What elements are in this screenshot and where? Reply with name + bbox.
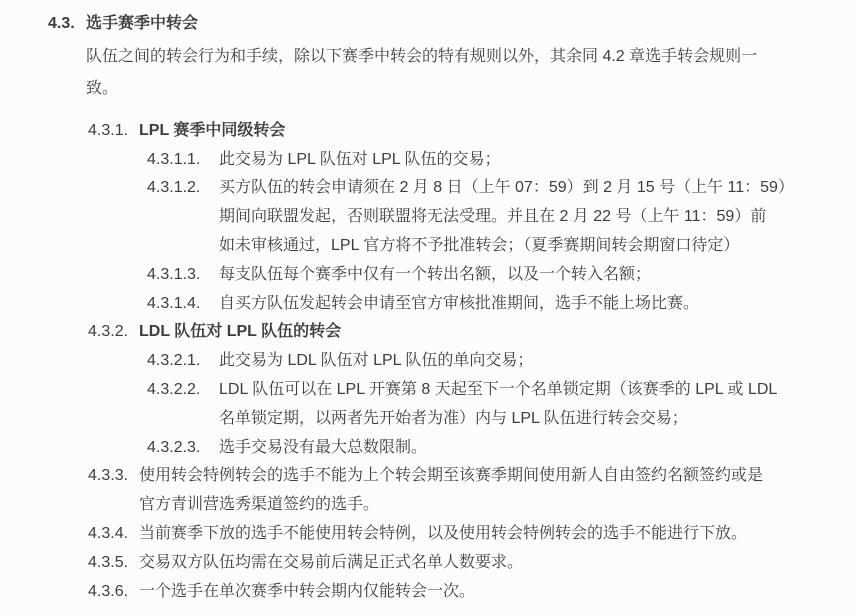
clause-line: 名单锁定期，以两者先开始者为准）内与 LPL 队伍进行转会交易；: [219, 405, 777, 434]
clause-4-3-3: 4.3.3. 使用转会特例转会的选手不能为上个转会期至该赛季期间使用新人自由签约…: [0, 462, 856, 520]
clause-line: 买方队伍的转会申请须在 2 月 8 日（上午 07：59）到 2 月 15 号（…: [219, 174, 794, 203]
clause-line: 自买方队伍发起转会申请至官方审核批准期间，选手不能上场比赛。: [219, 295, 699, 312]
paragraph-line: 致。: [86, 73, 856, 105]
subsection-heading-4-3-2: 4.3.2. LDL 队伍对 LPL 队伍的转会: [0, 318, 856, 347]
clause-number: 4.3.1.4.: [147, 290, 219, 319]
section-title: 选手赛季中转会: [86, 10, 198, 39]
clause-4-3-5: 4.3.5. 交易双方队伍均需在交易前后满足正式名单人数要求。: [0, 549, 856, 578]
clause-line: 如未审核通过，LPL 官方将不予批准转会；（夏季赛期间转会期窗口待定）: [219, 232, 794, 261]
paragraph-line: 队伍之间的转会行为和手续，除以下赛季中转会的特有规则以外，其余同 4.2 章选手…: [86, 41, 856, 73]
clause-number: 4.3.5.: [88, 549, 139, 578]
clause-number: 4.3.1.2.: [147, 174, 219, 260]
clause-line: 此交易为 LDL 队伍对 LPL 队伍的单向交易；: [219, 352, 533, 369]
clause-line: 使用转会特例转会的选手不能为上个转会期至该赛季期间使用新人自由签约名额签约或是: [139, 462, 763, 491]
clause-number: 4.3.2.2.: [147, 376, 219, 434]
clause-number: 4.3.6.: [88, 578, 139, 607]
clause-number: 4.3.3.: [88, 462, 139, 520]
clause-4-3-1-1: 4.3.1.1. 此交易为 LPL 队伍对 LPL 队伍的交易；: [0, 146, 856, 175]
section-heading-4-3: 4.3. 选手赛季中转会: [0, 10, 856, 39]
clause-4-3-2-3: 4.3.2.3. 选手交易没有最大总数限制。: [0, 434, 856, 463]
clause-line: 官方青训营选秀渠道签约的选手。: [139, 491, 763, 520]
clause-4-3-2-2: 4.3.2.2. LDL 队伍可以在 LPL 开赛第 8 天起至下一个名单锁定期…: [0, 376, 856, 434]
clause-line: 每支队伍每个赛季中仅有一个转出名额，以及一个转入名额；: [219, 266, 651, 283]
clause-number: 4.3.1.: [88, 117, 139, 146]
clause-4-3-1-4: 4.3.1.4. 自买方队伍发起转会申请至官方审核批准期间，选手不能上场比赛。: [0, 290, 856, 319]
clause-number: 4.3.2.3.: [147, 434, 219, 463]
clause-line: 此交易为 LPL 队伍对 LPL 队伍的交易；: [219, 151, 501, 168]
clause-line: 选手交易没有最大总数限制。: [219, 439, 427, 456]
clause-number: 4.3.1.1.: [147, 146, 219, 175]
clause-4-3-2-1: 4.3.2.1. 此交易为 LDL 队伍对 LPL 队伍的单向交易；: [0, 347, 856, 376]
clause-line: 交易双方队伍均需在交易前后满足正式名单人数要求。: [139, 554, 523, 571]
clause-number: 4.3.4.: [88, 520, 139, 549]
clause-number: 4.3.: [48, 10, 86, 39]
clause-number: 4.3.1.3.: [147, 261, 219, 290]
clause-4-3-4: 4.3.4. 当前赛季下放的选手不能使用转会特例，以及使用转会特例转会的选手不能…: [0, 520, 856, 549]
clause-4-3-6: 4.3.6. 一个选手在单次赛季中转会期内仅能转会一次。: [0, 578, 856, 607]
clause-number: 4.3.2.: [88, 318, 139, 347]
clause-line: 一个选手在单次赛季中转会期内仅能转会一次。: [139, 583, 475, 600]
clause-number: 4.3.2.1.: [147, 347, 219, 376]
clause-4-3-1-2: 4.3.1.2. 买方队伍的转会申请须在 2 月 8 日（上午 07：59）到 …: [0, 174, 856, 260]
document-page: 4.3. 选手赛季中转会 队伍之间的转会行为和手续，除以下赛季中转会的特有规则以…: [0, 0, 856, 616]
clause-line: 当前赛季下放的选手不能使用转会特例，以及使用转会特例转会的选手不能进行下放。: [139, 525, 747, 542]
subsection-heading-4-3-1: 4.3.1. LPL 赛季中同级转会: [0, 117, 856, 146]
section-intro-paragraph: 队伍之间的转会行为和手续，除以下赛季中转会的特有规则以外，其余同 4.2 章选手…: [86, 41, 856, 105]
subsection-title: LPL 赛季中同级转会: [139, 117, 285, 146]
clause-line: LDL 队伍可以在 LPL 开赛第 8 天起至下一个名单锁定期（该赛季的 LPL…: [219, 376, 777, 405]
subsection-title: LDL 队伍对 LPL 队伍的转会: [139, 318, 341, 347]
clause-line: 期间向联盟发起，否则联盟将无法受理。并且在 2 月 22 号（上午 11：59）…: [219, 203, 794, 232]
clause-4-3-1-3: 4.3.1.3. 每支队伍每个赛季中仅有一个转出名额，以及一个转入名额；: [0, 261, 856, 290]
